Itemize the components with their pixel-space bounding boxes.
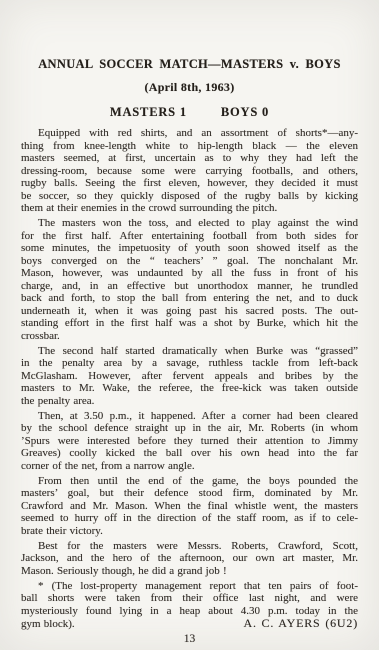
text-line: crossbar. (21, 330, 358, 343)
text-line: masters to Mr. Wake, the referee, the fr… (21, 382, 358, 395)
text-line: seemed to hurry off in the direction of … (21, 512, 358, 525)
text-line: for the first half. After entertaining f… (21, 230, 358, 243)
text-line: boys converged on the “ teachers’ ” goal… (21, 255, 358, 268)
footnote: * (The lost-property management report t… (21, 580, 358, 631)
paragraph: Then, at 3.50 p.m., it happened. After a… (21, 410, 358, 473)
footnote-end-row: gym block). A. C. AYERS (6U2) (21, 617, 358, 631)
author-signature: A. C. AYERS (6U2) (243, 617, 358, 630)
footnote-lines: * (The lost-property management report t… (21, 580, 358, 618)
paragraph: The second half started dramatically whe… (21, 345, 358, 408)
text-line: masters seemed, at first, uncertain as t… (21, 152, 358, 165)
text-line: brate their victory. (21, 525, 358, 538)
page-number: 13 (21, 633, 358, 646)
match-score: MASTERS 1 BOYS 0 (21, 105, 358, 119)
text-line: McGlasham. However, after fervent appeal… (21, 370, 358, 383)
article-date: (April 8th, 1963) (21, 80, 358, 94)
text-line: Jackson, and the hero of the afternoon, … (21, 552, 358, 565)
text-line: some minutes, the impetuosity of youth s… (21, 242, 358, 255)
text-line: back and forth, to stop the ball from en… (21, 292, 358, 305)
text-line: Then, at 3.50 p.m., it happened. After a… (21, 410, 358, 423)
text-line: dressing-room, because some were carryin… (21, 165, 358, 178)
paragraph: The masters won the toss, and elected to… (21, 217, 358, 342)
text-line: From then until the end of the game, the… (21, 475, 358, 488)
text-line: * (The lost-property management report t… (21, 580, 358, 593)
text-line: underneath it, when it was going past hi… (21, 305, 358, 318)
paragraphs: Equipped with red shirts, and an assortm… (21, 127, 358, 577)
text-line: the penalty area. (21, 395, 358, 408)
text-line: in the penalty area by a savage, ruthles… (21, 357, 358, 370)
paragraph: From then until the end of the game, the… (21, 475, 358, 538)
paragraph: Equipped with red shirts, and an assortm… (21, 127, 358, 215)
text-line: Crawford and Mr. Mason. When the final w… (21, 500, 358, 513)
score-boys: BOYS 0 (221, 105, 269, 119)
text-line: ball shorts were taken from their office… (21, 592, 358, 605)
article-title: ANNUAL SOCCER MATCH—MASTERS v. BOYS (21, 57, 358, 71)
text-line: masters’ goal, but their defence stood f… (21, 487, 358, 500)
article-body: Equipped with red shirts, and an assortm… (21, 127, 358, 646)
text-line: rugby balls. Seeing the first eleven, ho… (21, 177, 358, 190)
score-masters: MASTERS 1 (110, 105, 187, 119)
text-line: Mason, however, was undaunted by all the… (21, 267, 358, 280)
text-line: Greaves) coolly kicked the ball over his… (21, 447, 358, 460)
text-line: charge, and, in an effective but unortho… (21, 280, 358, 293)
text-line: corner of the net, from a narrow angle. (21, 460, 358, 473)
text-line: thing from knee-length white to hip-leng… (21, 140, 358, 153)
text-line: them at their enemies in the crowd surro… (21, 202, 358, 215)
paragraph: Best for the masters were Messrs. Robert… (21, 540, 358, 578)
footnote-last-line: gym block). (21, 618, 75, 631)
text-line: Equipped with red shirts, and an assortm… (21, 127, 358, 140)
text-line: ’Spurs were interested before they turne… (21, 435, 358, 448)
magazine-page: ANNUAL SOCCER MATCH—MASTERS v. BOYS (Apr… (0, 0, 379, 650)
text-line: by the school defence straight up in the… (21, 422, 358, 435)
text-line: be soccer, so they quickly disposed of t… (21, 190, 358, 203)
text-line: The masters won the toss, and elected to… (21, 217, 358, 230)
text-line: standing effort in the first half was a … (21, 317, 358, 330)
text-line: Best for the masters were Messrs. Robert… (21, 540, 358, 553)
text-line: Mason. Seriously though, he did a grand … (21, 565, 358, 578)
text-line: The second half started dramatically whe… (21, 345, 358, 358)
